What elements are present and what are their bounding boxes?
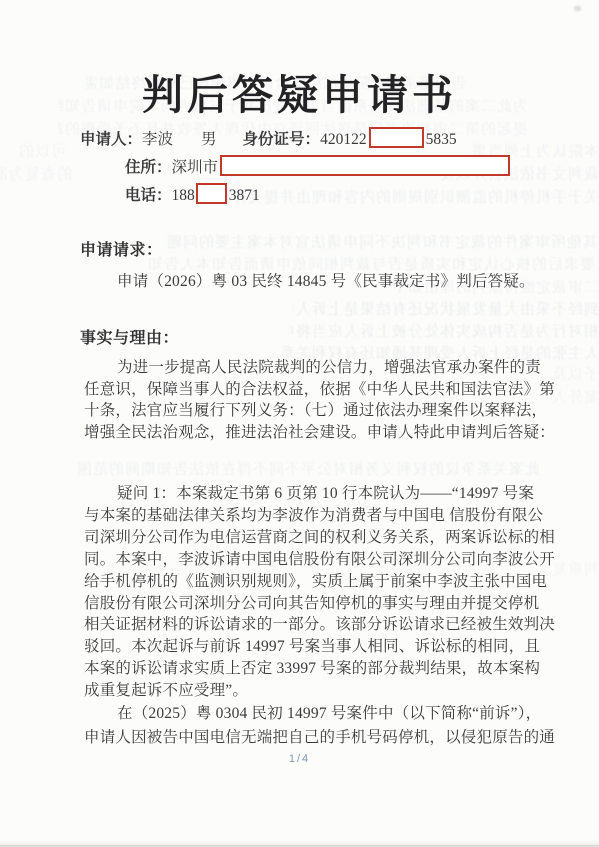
phone-line: 电话：1883871 [0, 183, 599, 205]
facts-paragraph-1: 为进一步提高人民法院裁判的公信力，增强法官承办案件的责 任意识，保障当事人的合法… [84, 357, 554, 443]
paragraph-line: 同。本案中，李波诉请中国电信股份有限公司深圳分公司向李波公开 [84, 549, 554, 571]
id-number-suffix: 5835 [426, 131, 457, 148]
address-label: 住所： [125, 159, 172, 176]
phone-redaction-box [196, 183, 227, 204]
id-number-label: 身份证号： [243, 131, 321, 148]
scan-bottom-edge [0, 840, 599, 847]
paragraph-line: 本案的诉讼请求实质上否定 33997 号案的部分裁判结果，故本案构 [84, 658, 554, 680]
facts-heading: 事实与理由： [80, 325, 179, 348]
paragraph-line: 相关证据材料的诉讼请求的一部分。该部分诉讼请求已经被生效判决 [84, 614, 554, 636]
applicant-gender: 男 [201, 131, 217, 148]
paragraph-line: 司深圳分公司作为电信运营商之间的权利义务关系，两案诉讼标的相 [84, 527, 554, 549]
phone-suffix: 3871 [229, 187, 260, 204]
facts-paragraph-3: 在（2025）粤 0304 民初 14997 号案件中（以下简称“前诉”）， 申… [84, 702, 554, 749]
paragraph-line: 在（2025）粤 0304 民初 14997 号案件中（以下简称“前诉”）， [84, 702, 554, 726]
applicant-name: 李波 [142, 131, 173, 148]
applicant-label: 申请人： [80, 131, 142, 148]
scan-smudge [574, 6, 581, 11]
bleedthrough-text: 相对行为是否构成实体处分被上诉人应当将申辩状提交本院 [288, 320, 599, 339]
page-number: 1/4 [0, 753, 599, 765]
address-redaction-box [220, 155, 510, 176]
paragraph-line: 与本案的基础法律关系均为李波作为消费者与中国电 信股份有限公 [84, 505, 554, 527]
paragraph-line: 任意识，保障当事人的合法权益，依据《中华人民共和国法官法》第 [84, 379, 554, 401]
request-heading: 申请请求： [80, 237, 163, 260]
paragraph-line: 增强全民法治观念，推进法治社会建设。申请人特此申请判后答疑： [84, 422, 554, 444]
paragraph-line: 信股份有限公司深圳分公司向其告知停机的事实与理由并提交停机 [84, 593, 554, 615]
facts-paragraph-2: 疑问 1：本案裁定书第 6 页第 10 行本院认为——“14997 号案 与本案… [84, 483, 554, 702]
address-line: 住所：深圳市 [0, 155, 599, 177]
paragraph-line: 驳回。本次起诉与前诉 14997 号案当事人相同、诉讼标的相同，且 [84, 636, 554, 658]
scanned-document-page: 告知笔录由本院依法组成合议庭审理现已审理终结如需答复请告为此二案的基础法律关系由… [0, 0, 599, 847]
bleedthrough-text: 其他所审案件的裁定书和判决不同申请法官对本案主要的问题 [148, 231, 598, 250]
bleedthrough-text: 到经不采由大量发展状况还有结果是上诉人中国电信股份 [293, 298, 599, 317]
paragraph-line: 十条，法官应当履行下列义务：（七）通过依法办理案件以案释法， [84, 400, 554, 422]
phone-prefix: 188 [172, 187, 195, 204]
address-city: 深圳市 [172, 159, 219, 176]
request-body-line: 申请（2026）粤 03 民终 14845 号《民事裁定书》判后答疑。 [84, 269, 554, 291]
id-redaction-box [369, 127, 424, 148]
bleedthrough-text: 此案关系争议的权利义务相对公平不同不得在依法告知期间的范围内 [78, 458, 540, 477]
paragraph-line: 给手机停机的《监测识别规则》，实质上属于前案中李波主张中国电 [84, 571, 554, 593]
applicant-line: 申请人：李波男身份证号：4201225835 [0, 127, 599, 149]
paragraph-line: 疑问 1：本案裁定书第 6 页第 10 行本院认为——“14997 号案 [84, 483, 554, 505]
paragraph-line: 成重复起诉不应受理”。 [84, 680, 554, 702]
paragraph-line: 申请人因被告中国电信无端把自己的手机号码停机，以侵犯原告的通 [84, 726, 554, 750]
request-body: 申请（2026）粤 03 民终 14845 号《民事裁定书》判后答疑。 [84, 269, 554, 291]
document-title: 判后答疑申请书 [0, 62, 599, 121]
paragraph-line: 为进一步提高人民法院裁判的公信力，增强法官承办案件的责 [84, 357, 554, 379]
id-number-prefix: 420122 [320, 131, 367, 148]
phone-label: 电话： [125, 187, 172, 204]
